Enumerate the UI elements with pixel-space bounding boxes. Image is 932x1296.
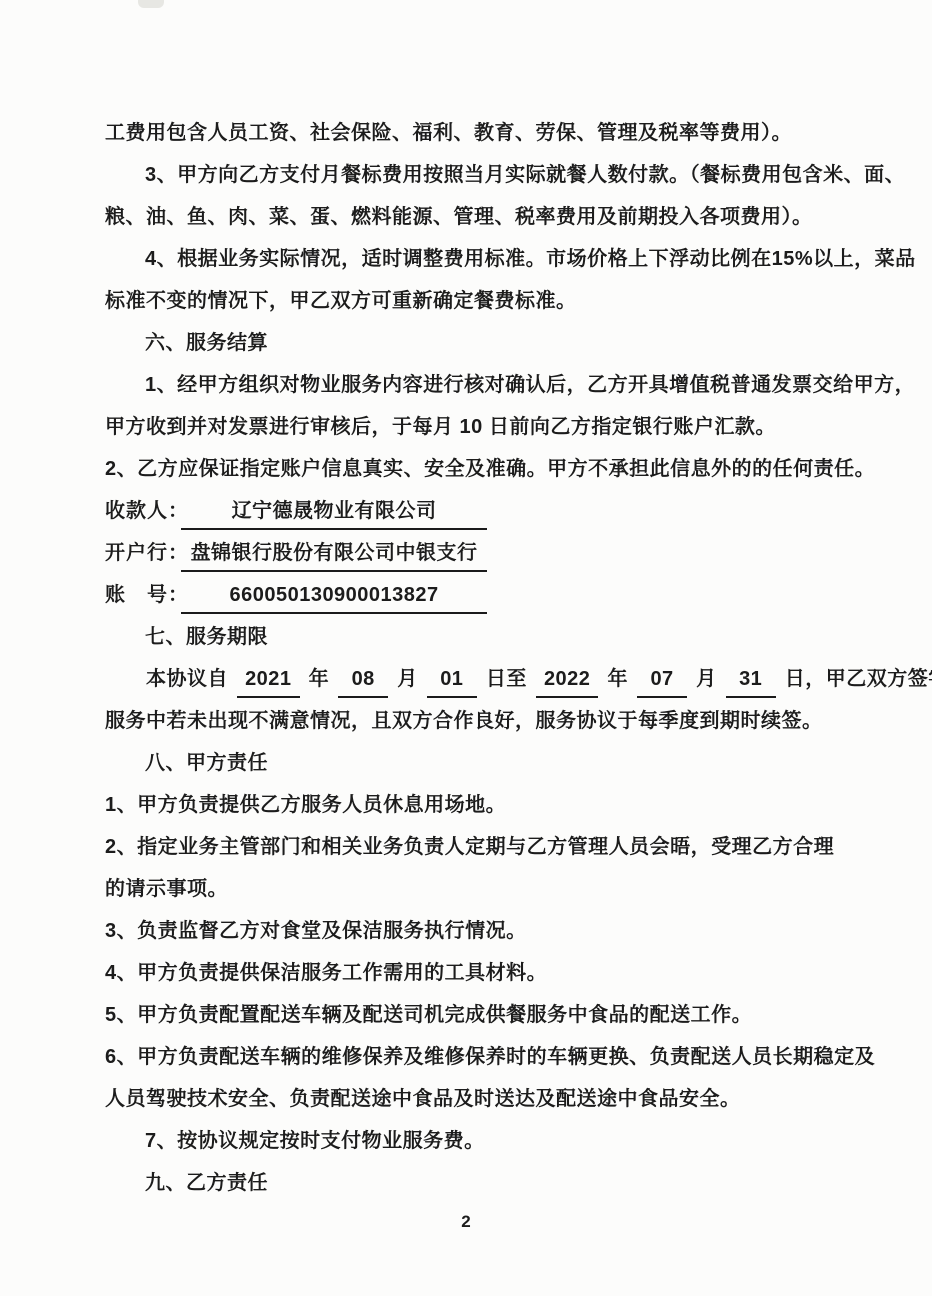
payee-label: 收款人：	[105, 490, 175, 532]
account-number-label: 账 号：	[105, 574, 175, 616]
start-day-blank: 01	[427, 662, 477, 698]
term-text: 年	[608, 668, 629, 690]
payee-row: 收款人： 辽宁德晟物业有限公司	[105, 490, 865, 532]
paragraph-line: 4、甲方负责提供保洁服务工作需用的工具材料。	[105, 952, 865, 994]
term-text: 年	[309, 668, 330, 690]
paragraph-line: 人员驾驶技术安全、负责配送途中食品及时送达及配送途中食品安全。	[105, 1078, 865, 1120]
end-month-blank: 07	[637, 662, 687, 698]
term-text: 本协议自	[146, 668, 228, 690]
paragraph-line: 7、按协议规定按时支付物业服务费。	[105, 1120, 865, 1162]
section-heading-service-term: 七、服务期限	[105, 616, 865, 658]
paragraph-line: 1、甲方负责提供乙方服务人员休息用场地。	[105, 784, 865, 826]
term-text: 日至	[486, 668, 527, 690]
payee-value: 辽宁德晟物业有限公司	[181, 494, 487, 530]
paragraph-line: 的请示事项。	[105, 868, 865, 910]
paragraph-line: 3、负责监督乙方对食堂及保洁服务执行情况。	[105, 910, 865, 952]
document-page: 工费用包含人员工资、社会保险、福利、教育、劳保、管理及税率等费用）。 3、甲方向…	[0, 0, 932, 1296]
term-text: 日，甲乙双方签字盖章后生效。	[785, 668, 932, 690]
start-month-blank: 08	[338, 662, 388, 698]
paragraph-line: 2、乙方应保证指定账户信息真实、安全及准确。甲方不承担此信息外的的任何责任。	[105, 448, 865, 490]
section-heading-party-a-duties: 八、甲方责任	[105, 742, 865, 784]
section-heading-party-b-duties: 九、乙方责任	[105, 1162, 865, 1204]
account-number-row: 账 号： 660050130900013827	[105, 574, 865, 616]
paragraph-line: 1、经甲方组织对物业服务内容进行核对确认后，乙方开具增值税普通发票交给甲方，	[105, 364, 865, 406]
paragraph-line: 标准不变的情况下，甲乙双方可重新确定餐费标准。	[105, 280, 865, 322]
account-number-value: 660050130900013827	[181, 578, 487, 614]
paragraph-line: 4、根据业务实际情况，适时调整费用标准。市场价格上下浮动比例在15%以上，菜品	[105, 238, 865, 280]
page-number: 2	[0, 1212, 932, 1232]
paragraph-line: 甲方收到并对发票进行审核后，于每月 10 日前向乙方指定银行账户汇款。	[105, 406, 865, 448]
end-year-blank: 2022	[536, 662, 599, 698]
term-text: 月	[696, 668, 717, 690]
paragraph-line: 5、甲方负责配置配送车辆及配送司机完成供餐服务中食品的配送工作。	[105, 994, 865, 1036]
paragraph-line: 工费用包含人员工资、社会保险、福利、教育、劳保、管理及税率等费用）。	[105, 112, 865, 154]
contract-body: 工费用包含人员工资、社会保险、福利、教育、劳保、管理及税率等费用）。 3、甲方向…	[105, 112, 865, 1204]
paragraph-line: 3、甲方向乙方支付月餐标费用按照当月实际就餐人数付款。（餐标费用包含米、面、	[105, 154, 865, 196]
section-heading-service-settlement: 六、服务结算	[105, 322, 865, 364]
scan-smudge-artifact	[138, 0, 164, 8]
end-day-blank: 31	[726, 662, 776, 698]
paragraph-line: 粮、油、鱼、肉、菜、蛋、燃料能源、管理、税率费用及前期投入各项费用）。	[105, 196, 865, 238]
term-text: 月	[397, 668, 418, 690]
bank-branch-value: 盘锦银行股份有限公司中银支行	[181, 536, 487, 572]
paragraph-line: 6、甲方负责配送车辆的维修保养及维修保养时的车辆更换、负责配送人员长期稳定及	[105, 1036, 865, 1078]
start-year-blank: 2021	[237, 662, 300, 698]
paragraph-line: 2、指定业务主管部门和相关业务负责人定期与乙方管理人员会晤，受理乙方合理	[105, 826, 865, 868]
term-dates-line: 本协议自 2021 年 08 月 01 日至 2022 年 07 月 31 日，…	[105, 658, 865, 700]
bank-branch-row: 开户行： 盘锦银行股份有限公司中银支行	[105, 532, 865, 574]
paragraph-line: 服务中若未出现不满意情况，且双方合作良好，服务协议于每季度到期时续签。	[105, 700, 865, 742]
bank-branch-label: 开户行：	[105, 532, 175, 574]
